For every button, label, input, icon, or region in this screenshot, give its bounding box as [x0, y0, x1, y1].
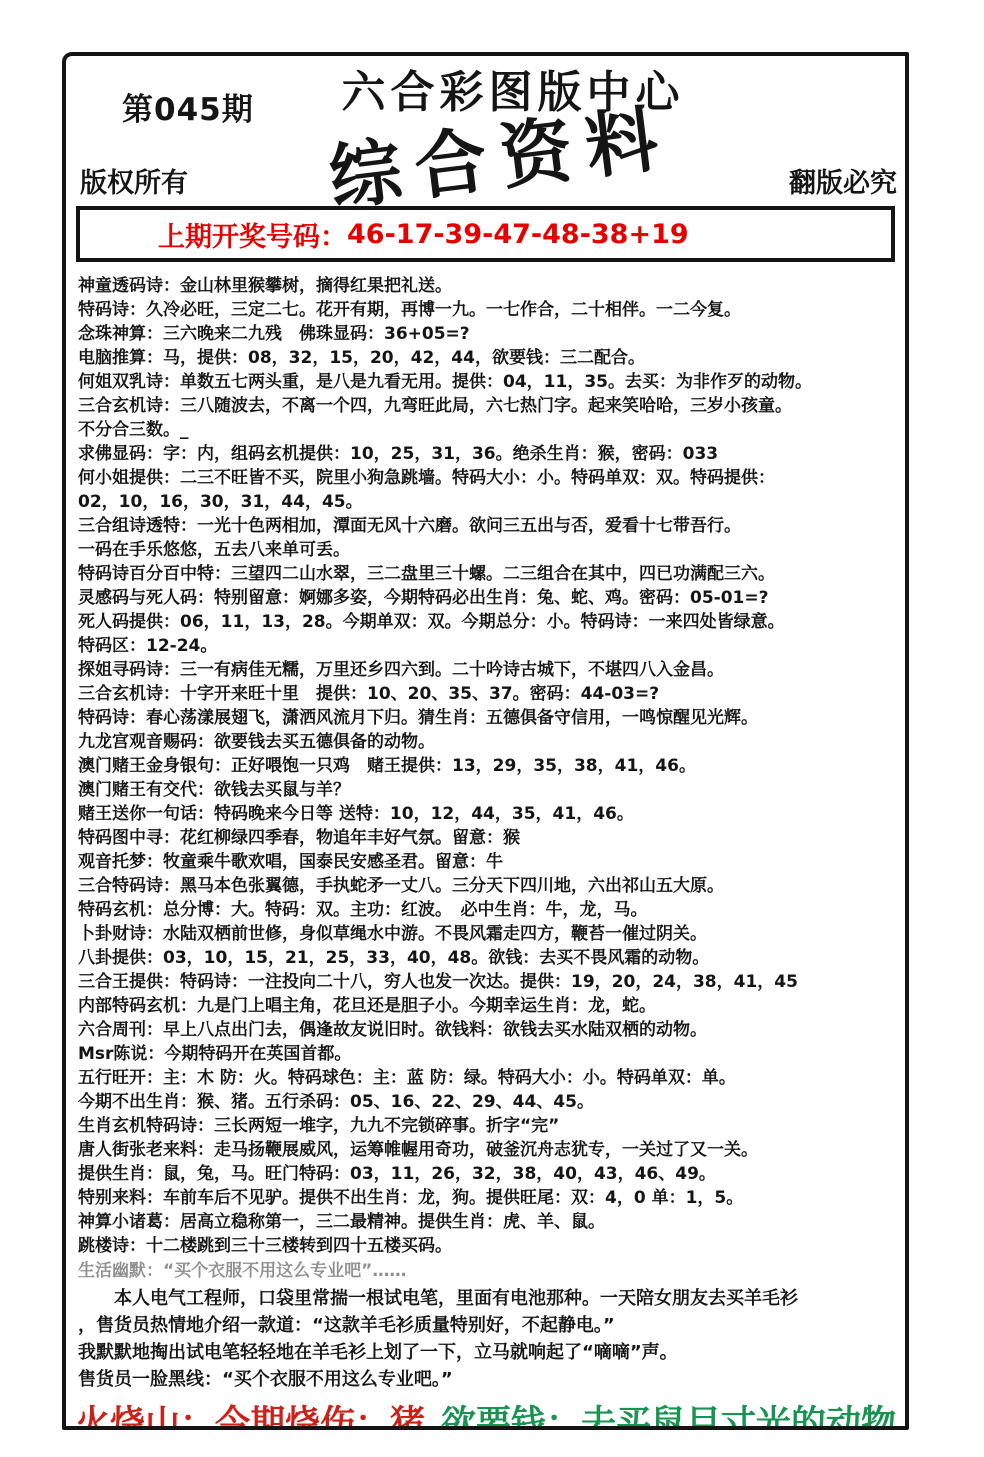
body-line: 生肖玄机特码诗：三长两短一堆字，九九不完锁碎事。折字“完” — [78, 1114, 905, 1138]
humor-title-line: 生活幽默：“买个衣服不用这么专业吧”…… — [78, 1258, 905, 1285]
body-line: 跳楼诗：十二楼跳到三十三楼转到四十五楼买码。 — [78, 1234, 905, 1258]
sheet-header: 第045期 六合彩图版中心 综合资料 版权所有 翻版必究 — [66, 56, 905, 204]
footer-red-tip: 火烧山：今期烧伤：猪 — [75, 1396, 425, 1430]
body-line: 五行旺开：主：木 防：火。特码球色：主：蓝 防：绿。特码大小：小。特码单双：单。 — [78, 1066, 905, 1090]
body-line: 探姐寻码诗：三一有病佳无糯，万里还乡四六到。二十吟诗古城下，不堪四八入金昌。 — [78, 658, 905, 682]
body-line: 八卦提供：03，10，15，21，25，33，40，48。欲钱：去买不畏风霜的动… — [78, 946, 905, 970]
body-line: 今期不出生肖：猴、猪。五行杀码：05、16、22、29、44、45。 — [78, 1090, 905, 1114]
body-line: 特别来料：车前车后不见驴。提供不出生肖：龙，狗。提供旺尾：双：4，0 单：1，5… — [78, 1186, 905, 1210]
body-line: 特码图中寻：花红柳绿四季春，物追年丰好气氛。留意：猴 — [78, 826, 905, 850]
body-text: 神童透码诗：金山林里猴攀树，摘得红果把礼送。特码诗：久冷必旺，三定二七。花开有期… — [66, 262, 905, 1258]
body-line: 澳门赌王金身银句：正好喂饱一只鸡 赌王提供：13，29，35，38，41，46。 — [78, 754, 905, 778]
body-line: 三合玄机诗：三八随波去，不离一个四，九弯旺此局，六七热门字。起来笑哈哈，三岁小孩… — [78, 394, 905, 418]
body-line: 内部特码玄机：九是门上唱主角，花旦还是胆子小。今期幸运生肖：龙，蛇。 — [78, 994, 905, 1018]
humor-story: 本人电气工程师，口袋里常揣一根试电笔，里面有电池那种。一天陪女朋友去买羊毛衫，售… — [78, 1285, 905, 1393]
body-line: 九龙宫观音赐码：欲要钱去买五德俱备的动物。 — [78, 730, 905, 754]
body-line: 唐人街张老来料：走马扬鞭展威风，运筹帷幄用奇功，破釜沉舟志犹专，一关过了又一关。 — [78, 1138, 905, 1162]
body-line: 特码诗：春心荡漾展翅飞，潇洒风流月下归。猜生肖：五德俱备守信用，一鸣惊醒见光辉。 — [78, 706, 905, 730]
body-line: 三合王提供：特码诗：一注投向二十八，穷人也发一次达。提供：19，20，24，38… — [78, 970, 905, 994]
body-line: 三合特码诗：黑马本色张翼德，手执蛇矛一丈八。三分天下四川地，六出祁山五大原。 — [78, 874, 905, 898]
body-line: 死人码提供：06，11，13，28。今期单双：双。今期总分：小。特码诗：一来四处… — [78, 610, 905, 634]
last-draw-result-box: 上期开奖号码：46-17-39-47-48-38+19 — [76, 206, 895, 262]
body-line: 灵感码与死人码：特别留意：婀娜多姿，今期特码必出生肖：兔、蛇、鸡。密码：05-0… — [78, 586, 905, 610]
humor-section: 生活幽默：“买个衣服不用这么专业吧”…… 本人电气工程师，口袋里常揣一根试电笔，… — [66, 1258, 905, 1393]
body-line: 何小姐提供：二三不旺皆不买，院里小狗急跳墙。特码大小：小。特码单双：双。特码提供… — [78, 466, 905, 490]
body-line: 何姐双乳诗：单数五七两头重，是八是九看无用。提供：04，11，35。去买：为非作… — [78, 370, 905, 394]
copyright-left: 版权所有 — [80, 161, 188, 200]
body-line: 一码在手乐悠悠，五去八来单可丢。 — [78, 538, 905, 562]
body-line: 六合周刊：早上八点出门去，偶逢故友说旧时。欲钱料：欲钱去买水陆双栖的动物。 — [78, 1018, 905, 1042]
body-line: 神童透码诗：金山林里猴攀树，摘得红果把礼送。 — [78, 274, 905, 298]
body-line: 念珠神算：三六晚来二九残 佛珠显码：36+05=? — [78, 322, 905, 346]
body-line: Msr陈说：今期特码开在英国首都。 — [78, 1042, 905, 1066]
body-line: 电脑推算：马，提供：08，32，15，20，42，44，欲要钱：三二配合。 — [78, 346, 905, 370]
footer-green-tip: 欲要钱：去买鼠目寸光的动物 — [441, 1396, 896, 1430]
body-line: 神算小诸葛：居高立稳称第一，三二最精神。提供生肖：虎、羊、鼠。 — [78, 1210, 905, 1234]
body-line: 特码诗百分百中特：三望四二山水翠，三二盘里三十螺。二三组合在其中，四已功满配三六… — [78, 562, 905, 586]
lottery-info-sheet: 第045期 六合彩图版中心 综合资料 版权所有 翻版必究 上期开奖号码：46-1… — [62, 52, 909, 1430]
body-line: 卜卦财诗：水陆双栖前世修，身似草绳水中游。不畏风霜走四方，鞭苔一催过阴关。 — [78, 922, 905, 946]
body-line: 特码区：12-24。 — [78, 634, 905, 658]
body-line: 02，10，16，30，31，44，45。 — [78, 490, 905, 514]
body-line: 求佛显码：字：内，组码玄机提供：10，25，31，36。绝杀生肖：猴，密码：03… — [78, 442, 905, 466]
body-line: 观音托梦：牧童乘牛歌欢唱，国泰民安感圣君。留意：牛 — [78, 850, 905, 874]
copyright-right: 翻版必究 — [789, 161, 897, 200]
humor-story-line: 售货员一脸黑线：“买个衣服不用这么专业吧。” — [78, 1366, 905, 1393]
body-line: 特码玄机：总分博：大。特码：双。主功：红波。 必中生肖：牛，龙，马。 — [78, 898, 905, 922]
footer-tip-line: 火烧山：今期烧伤：猪 欲要钱：去买鼠目寸光的动物 — [66, 1396, 905, 1430]
body-line: 赌王送你一句话：特码晚来今日等 送特：10，12，44，35，41，46。 — [78, 802, 905, 826]
body-line: 三合组诗透特：一光十色两相加，潭面无风十六磨。欲问三五出与否，爱看十七带吾行。 — [78, 514, 905, 538]
issue-number: 第045期 — [122, 84, 254, 129]
body-line: 不分合三数。_ — [78, 418, 905, 442]
last-draw-numbers: 46-17-39-47-48-38+19 — [347, 219, 689, 250]
humor-story-line: 本人电气工程师，口袋里常揣一根试电笔，里面有电池那种。一天陪女朋友去买羊毛衫 — [78, 1285, 905, 1312]
last-draw-label: 上期开奖号码： — [158, 215, 347, 254]
body-line: 特码诗：久冷必旺，三定二七。花开有期，再博一九。一七作合，二十相伴。一二今复。 — [78, 298, 905, 322]
body-line: 三合玄机诗：十字开来旺十里 提供：10、20、35、37。密码：44-03=? — [78, 682, 905, 706]
humor-story-line: ，售货员热情地介绍一款道：“这款羊毛衫质量特别好，不起静电。” — [78, 1312, 905, 1339]
body-line: 澳门赌王有交代：欲钱去买鼠与羊？ — [78, 778, 905, 802]
body-line: 提供生肖：鼠，兔，马。旺门特码：03，11，26，32，38，40，43，46、… — [78, 1162, 905, 1186]
humor-story-line: 我默默地掏出试电笔轻轻地在羊毛衫上划了一下，立马就响起了“嘀嘀”声。 — [78, 1339, 905, 1366]
